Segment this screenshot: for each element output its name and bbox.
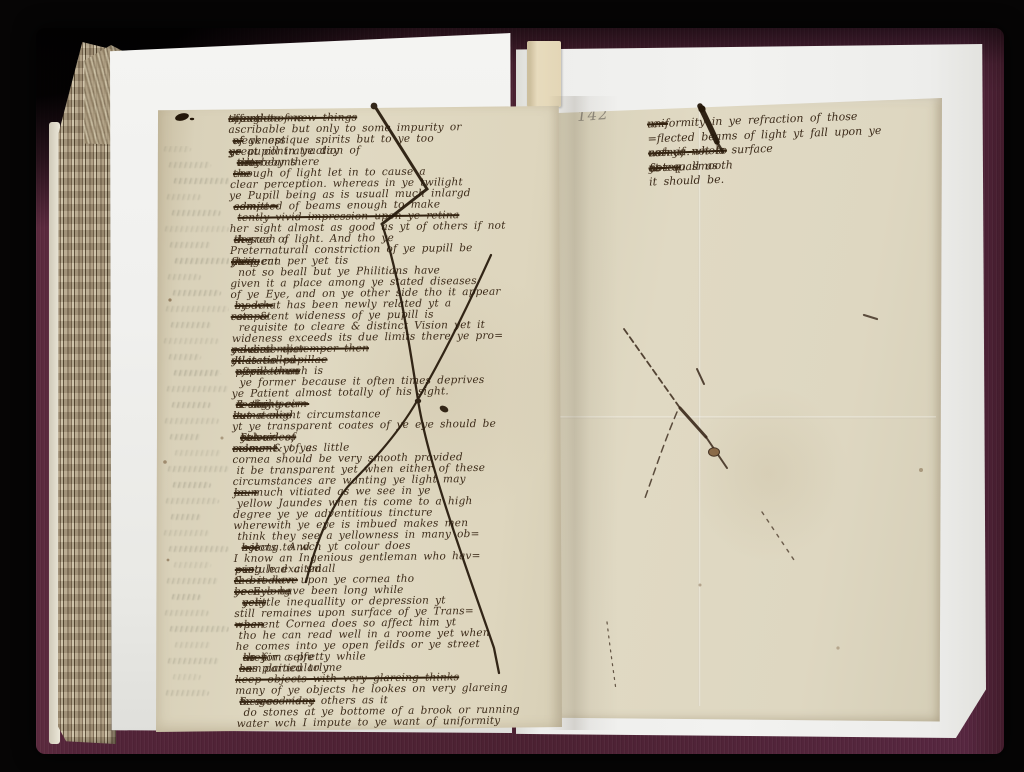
ghost-script-line xyxy=(166,578,219,584)
ghost-script-line xyxy=(166,386,229,392)
ghost-script-line xyxy=(169,434,201,440)
ghost-script-line xyxy=(164,226,229,232)
ghost-script-line xyxy=(173,370,221,376)
ghost-script-line xyxy=(171,594,201,600)
ghost-script-line xyxy=(174,258,229,264)
ghost-script-line xyxy=(166,194,201,200)
ghost-script-line xyxy=(172,290,221,296)
show-through-text xyxy=(163,146,229,730)
ghost-script-line xyxy=(170,322,211,328)
ghost-script-line xyxy=(164,610,209,616)
ghost-script-line xyxy=(165,498,219,504)
ghost-script-line xyxy=(164,418,219,424)
ghost-script-line xyxy=(173,178,229,184)
ghost-script-line xyxy=(167,274,201,280)
ghost-script-line xyxy=(172,674,201,680)
ghost-script-line xyxy=(167,466,229,472)
right-page-text: uniformity in ye refraction of those re=… xyxy=(647,107,949,190)
left-page-text: affection thought of new things seemd to… xyxy=(228,110,560,730)
ghost-script-line xyxy=(172,482,211,488)
ghost-script-line xyxy=(169,242,211,248)
ghost-script-line xyxy=(171,210,221,216)
right-manuscript-leaf: 142 uniformity in ye refraction of those… xyxy=(556,98,942,724)
ghost-script-line xyxy=(170,514,201,520)
ghost-script-line xyxy=(174,642,211,648)
ghost-script-line xyxy=(174,450,221,456)
ghost-script-line xyxy=(163,338,219,344)
photo-stage: 142 uniformity in ye refraction of those… xyxy=(0,0,1024,772)
ghost-script-line xyxy=(168,354,201,360)
ghost-script-line xyxy=(163,530,209,536)
ghost-script-line xyxy=(165,306,229,312)
ghost-script-line xyxy=(163,146,191,152)
ghost-script-line xyxy=(173,562,211,568)
page-stack-fore-edge xyxy=(58,42,116,744)
paper-tab xyxy=(527,41,561,107)
ghost-script-line xyxy=(168,162,211,168)
ghost-script-line xyxy=(165,690,209,696)
vertical-fold-crease xyxy=(698,106,701,706)
horizontal-fold-crease xyxy=(560,416,936,419)
ghost-script-line xyxy=(169,626,229,632)
ghost-script-line xyxy=(171,402,211,408)
left-manuscript-leaf: affection thought of new things seemd to… xyxy=(156,104,562,732)
ghost-script-line xyxy=(168,546,229,552)
ghost-script-line xyxy=(167,658,219,664)
